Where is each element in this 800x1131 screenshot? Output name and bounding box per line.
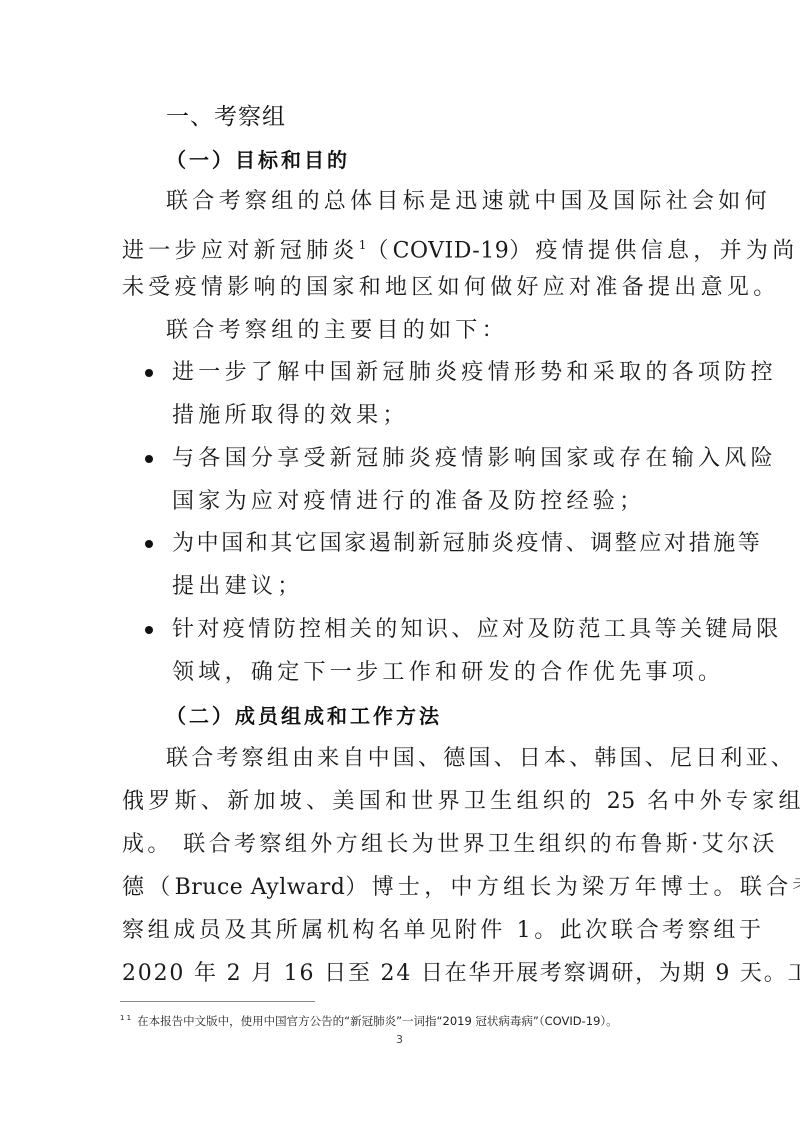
page-number: 3 xyxy=(396,1033,403,1046)
bullet-item-line: 进一步了解中国新冠肺炎疫情形势和采取的各项防控 xyxy=(172,358,777,388)
covid-term: COVID-19 xyxy=(393,238,510,263)
leader-name: Bruce Aylward xyxy=(175,875,346,900)
text-span: ）博士，中方组长为梁万年博士。联合考 xyxy=(345,875,800,900)
text-span: （ xyxy=(366,238,392,263)
bullet-icon xyxy=(145,369,153,377)
footnote-mark: 1 1 xyxy=(120,1014,131,1022)
bullet-icon xyxy=(145,626,153,634)
bullet-icon xyxy=(145,455,153,463)
paragraph-line: 进一步应对新冠肺炎1（COVID-19）疫情提供信息，并为尚 xyxy=(122,230,799,266)
paragraph-line: 联合考察组的主要目的如下： xyxy=(166,316,508,346)
subsection-heading-members: （二）成员组成和工作方法 xyxy=(166,701,442,731)
bullet-item-line: 措施所取得的效果； xyxy=(172,401,409,431)
section-heading: 一、考察组 xyxy=(166,102,286,132)
text-span: 进一步应对新冠肺炎 xyxy=(122,238,359,263)
paragraph-line: 俄罗斯、新加坡、美国和世界卫生组织的 25 名中外专家组 xyxy=(122,787,800,817)
text-span: ）疫情提供信息，并为尚 xyxy=(509,238,798,263)
bullet-item-line: 国家为应对疫情进行的准备及防控经验； xyxy=(172,487,645,517)
footnote: 1 1在本报告中文版中，使用中国官方公告的“新冠肺炎”一词指“2019 冠状病毒… xyxy=(120,1013,618,1029)
paragraph-line: 未受疫情影响的国家和地区如何做好应对准备提出意见。 xyxy=(122,273,780,303)
footnote-text: 在本报告中文版中，使用中国官方公告的“新冠肺炎”一词指“2019 冠状病毒病”（… xyxy=(137,1014,618,1028)
bullet-item-line: 为中国和其它国家遏制新冠肺炎疫情、调整应对措施等 xyxy=(172,529,762,559)
paragraph-line: 2020 年 2 月 16 日至 24 日在华开展考察调研，为期 9 天。工 xyxy=(122,959,800,989)
paragraph-line: 德（Bruce Aylward）博士，中方组长为梁万年博士。联合考 xyxy=(122,873,800,903)
paragraph-line: 察组成员及其所属机构名单见附件 1。此次联合考察组于 xyxy=(122,916,765,946)
bullet-item-line: 与各国分享受新冠肺炎疫情影响国家或存在输入风险 xyxy=(172,444,777,474)
bullet-icon xyxy=(145,540,153,548)
bullet-item-line: 领域，确定下一步工作和研发的合作优先事项。 xyxy=(172,658,724,688)
document-page: 一、考察组 （一）目标和目的 联合考察组的总体目标是迅速就中国及国际社会如何 进… xyxy=(0,0,800,1131)
text-span: 俄罗斯、新加坡、美国和世界卫生组织的 xyxy=(122,789,607,814)
paragraph-line: 联合考察组由来自中国、德国、日本、韩国、尼日利亚、 xyxy=(166,744,796,774)
paragraph-line: 成。 联合考察组外方组长为世界卫生组织的布鲁斯·艾尔沃 xyxy=(122,830,778,860)
bullet-item-line: 提出建议； xyxy=(172,572,304,602)
text-span: 德（ xyxy=(122,875,175,900)
text-span: 名中外专家组 xyxy=(636,789,800,814)
paragraph-line: 联合考察组的总体目标是迅速就中国及国际社会如何 xyxy=(166,187,771,217)
footnote-divider xyxy=(120,1001,315,1002)
bullet-item-line: 针对疫情防控相关的知识、应对及防范工具等关键局限 xyxy=(172,615,782,645)
subsection-heading-goals: （一）目标和目的 xyxy=(166,145,350,175)
member-count: 25 xyxy=(607,789,636,814)
